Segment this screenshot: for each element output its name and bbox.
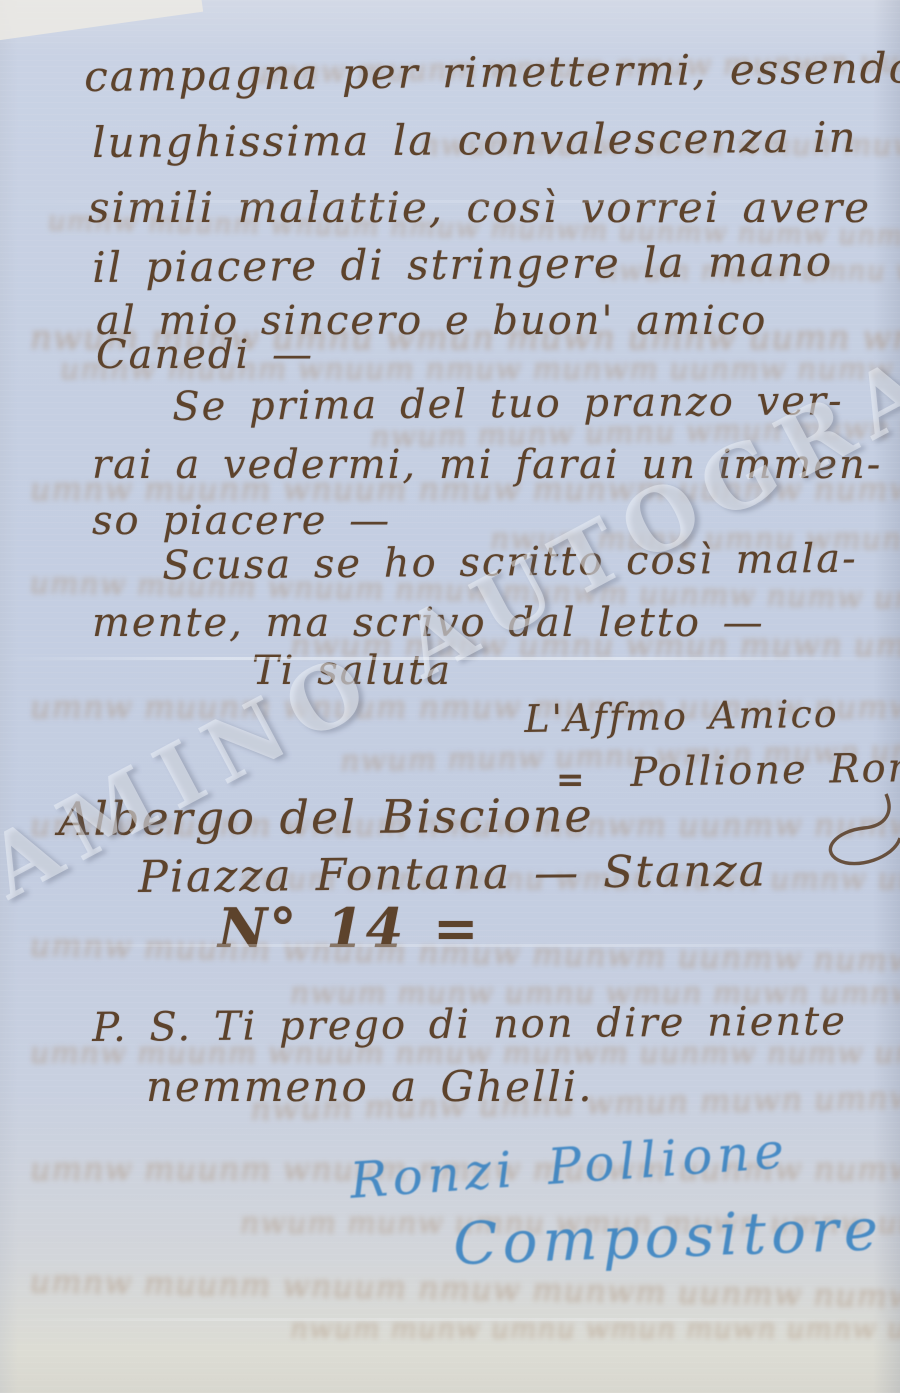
signature-flourish [790, 792, 900, 872]
address-line: Piazza Fontana — Stanza [138, 845, 767, 903]
letter-closing: L'Affmo Amico [524, 692, 839, 741]
letter-line: Scusa se ho scritto così mala- [162, 536, 858, 589]
letter-line: simili malattie, così vorrei avere [88, 183, 871, 232]
letter-line: rai a vedermi, mi farai un immen- [92, 442, 882, 488]
address-line: Albergo del Biscione [58, 788, 594, 846]
letter-line: so piacere — [92, 498, 391, 544]
letter-line: Ti saluta [252, 648, 452, 694]
letter-line: Se prima del tuo pranzo ver- [172, 378, 844, 430]
letter-line: il piacere di stringere la mano [92, 237, 833, 292]
blue-pencil-annotation: Compositore [452, 1195, 884, 1278]
blue-pencil-annotation: Ronzi Pollione [348, 1121, 791, 1210]
postscript-line: nemmeno a Ghelli. [146, 1062, 594, 1111]
signature-line: Pollione Ronz [630, 745, 900, 796]
letter-line: mente, ma scrivo dal letto — [92, 600, 765, 646]
letter-line: Canedi — [96, 332, 314, 378]
letter-line: lunghissima la convalescenza in [92, 113, 858, 167]
letter-scan: umnw muunm wnuum nmuw munwm uunmw numw u… [0, 0, 900, 1393]
bleed-through-line: nwum munw umnu wmun muwn umnw uumn wmu n… [290, 1312, 900, 1345]
room-number-line: N° 14 = [218, 896, 480, 960]
postscript-line: P. S. Ti prego di non dire niente [92, 998, 847, 1051]
scan-corner-highlight [0, 0, 203, 48]
letter-line: campagna per rimettermi, essendo [84, 43, 900, 101]
